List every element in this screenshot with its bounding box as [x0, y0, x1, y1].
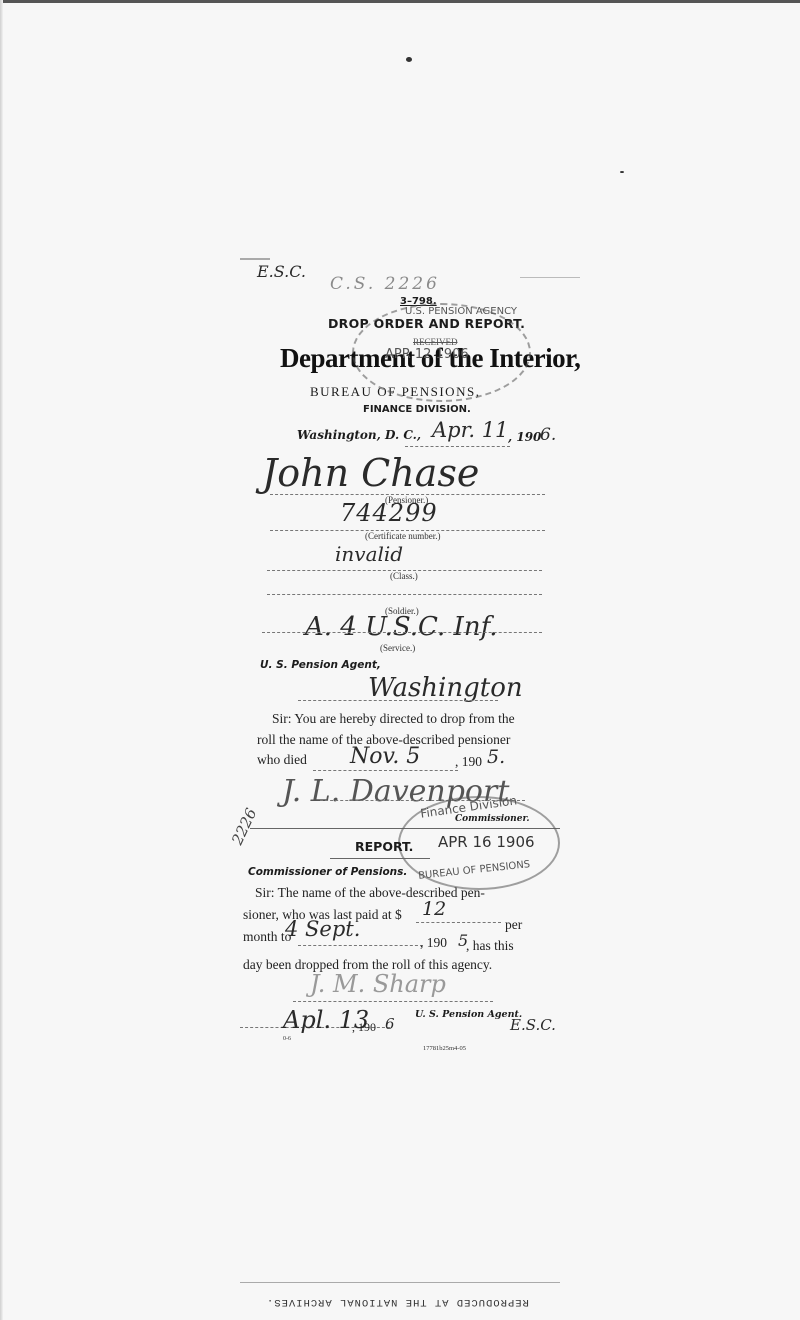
order-year-handwritten: 6. [540, 425, 556, 445]
certificate-caption: (Certificate number.) [365, 531, 440, 541]
agent-location: Washington [368, 673, 523, 703]
certificate-number: 744299 [340, 499, 438, 527]
report-year-printed: , 190 [352, 1020, 376, 1035]
paid-to-date: 4 Sept. [285, 917, 360, 941]
pencil-mark [240, 258, 270, 260]
paid-to-date-line [298, 945, 423, 946]
died-year-printed: , 190 [455, 754, 482, 770]
died-year-handwritten: 5. [487, 746, 505, 768]
scan-edge-left [0, 0, 3, 1320]
service-value: A. 4 U.S.C. Inf. [305, 612, 498, 642]
soldier-line [267, 594, 542, 595]
tiny-code: 0-6 [283, 1036, 291, 1042]
date-line [405, 446, 510, 447]
received-stamp-top: U.S. PENSION AGENCY [405, 306, 517, 317]
scan-speck [406, 57, 412, 62]
paid-amount: 12 [422, 898, 446, 920]
report-heading: REPORT. [355, 839, 413, 854]
agent-label: U. S. Pension Agent, [260, 659, 381, 671]
print-code: 17781b25m4-05 [423, 1045, 466, 1052]
report-year-handwritten: 6 [385, 1015, 395, 1033]
finance-stamp-date: APR 16 1906 [438, 833, 535, 851]
scan-speck [620, 171, 624, 173]
agent-caption: U. S. Pension Agent. [415, 1009, 522, 1020]
pencil-mark [520, 277, 580, 278]
initials-annotation: E.S.C. [257, 262, 306, 281]
bottom-initials: E.S.C. [510, 1016, 556, 1034]
class-value: invalid [335, 542, 403, 566]
division-heading: FINANCE DIVISION. [363, 404, 471, 415]
report-line-2-suffix: per [505, 917, 522, 933]
margin-pencil-number: 2226 [228, 805, 260, 847]
pensioner-name: John Chase [262, 451, 479, 495]
received-stamp-date: APR 12 1906 [385, 347, 469, 362]
died-date: Nov. 5 [350, 744, 420, 769]
service-line [262, 632, 542, 633]
report-line-1: Sir: The name of the above-described pen… [255, 885, 485, 901]
died-date-line [313, 770, 458, 771]
pencil-reference-annotation: C.S. 2226 [330, 274, 440, 294]
archive-footer: REPRODUCED AT THE NATIONAL ARCHIVES. [240, 1282, 560, 1309]
order-date-handwritten: Apr. 11 [432, 418, 508, 442]
report-divider [330, 858, 430, 859]
archive-footer-text: REPRODUCED AT THE NATIONAL ARCHIVES. [266, 1296, 529, 1308]
received-stamp-label: RECEIVED [413, 337, 458, 347]
agent-line [298, 700, 498, 701]
service-caption: (Service.) [380, 643, 415, 653]
report-line-3-year: , 190 [420, 935, 447, 951]
report-addressee: Commissioner of Pensions. [248, 866, 407, 878]
order-year-printed: , 190 [508, 430, 541, 444]
order-body-line-1: Sir: You are hereby directed to drop fro… [272, 711, 515, 727]
scan-edge-top [0, 0, 800, 3]
class-caption: (Class.) [390, 571, 418, 581]
paid-amount-line [416, 922, 501, 923]
died-label: who died [257, 752, 307, 768]
agent-signature-line [293, 1001, 493, 1002]
agent-signature: J. M. Sharp [310, 970, 446, 998]
report-line-3-suffix: , has this [466, 938, 514, 954]
place-label: Washington, D. C., [297, 428, 421, 442]
